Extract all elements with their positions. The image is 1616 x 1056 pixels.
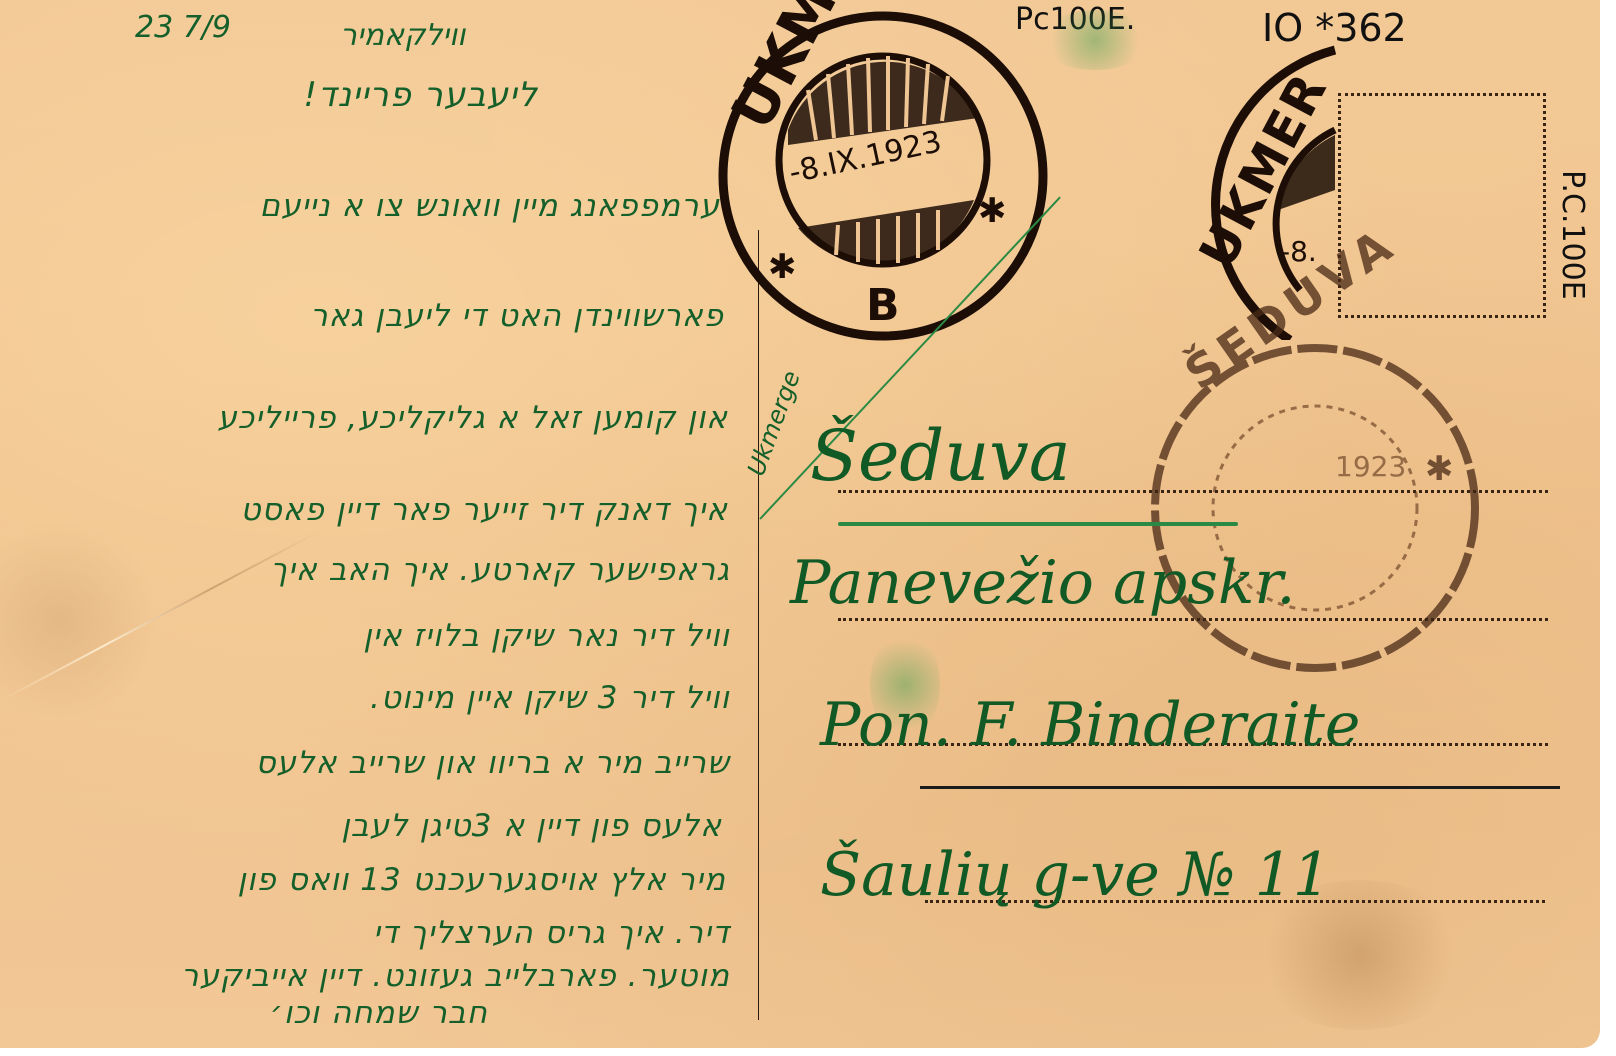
message-line: וויל דיר 3 שיקן איין מינוט. bbox=[370, 680, 730, 716]
message-place: ווילקאמיר bbox=[340, 18, 465, 53]
postmark-seduva: ✱ ŠEDUVA 1923 bbox=[1135, 330, 1495, 690]
postmark-date: 1923 bbox=[1335, 450, 1406, 483]
message-date: 23 7/9 bbox=[135, 10, 231, 45]
postmark-ukmerge: ✱ ✱ UKMERGE -8.IX.1923 B bbox=[698, 0, 1068, 360]
ink-smudge bbox=[1040, 10, 1150, 70]
address-line bbox=[838, 618, 1548, 621]
message-line: שרייב מיר א בריוו און שרייב אלעס bbox=[255, 745, 730, 781]
message-line: מוטער. פארבלייב געזונט. דיין אייביקער bbox=[181, 958, 730, 994]
address-district: Panevežio apskr. bbox=[790, 548, 1296, 618]
message-line: איך דאנק דיר זייער פאר דיין פאסט bbox=[241, 492, 728, 528]
town-underline bbox=[838, 522, 1238, 526]
message-line: מיר אלץ אויסגערעכנט 13 וואס פון bbox=[238, 862, 726, 898]
message-line: און קומען זאל א גליקליכע, פרייליכע bbox=[217, 400, 728, 436]
message-line: דיר. איך גריס הערצליך די bbox=[373, 915, 730, 951]
postmark-faint-rings-icon: ✱ bbox=[1135, 330, 1495, 690]
vertical-annotation: P.C.100E bbox=[1555, 170, 1590, 300]
sender-note: Ukmerge bbox=[742, 367, 806, 479]
postcard: 23 7/9 ווילקאמיר ליעבער פריינד! ערמפפאנג… bbox=[0, 0, 1600, 1048]
svg-text:✱: ✱ bbox=[768, 247, 797, 287]
message-line: פארשווינדן האט די ליעבן גאר bbox=[310, 298, 724, 334]
handwritten-message: 23 7/9 ווילקאמיר ליעבער פריינד! ערמפפאנג… bbox=[0, 0, 748, 1048]
address-recipient: Pon. F. Binderaite bbox=[820, 690, 1360, 760]
message-line: וויל דיר נאר שיקן בלויז אין bbox=[363, 618, 730, 654]
message-line: גראפישער קארטע. איך האב איך bbox=[270, 552, 730, 588]
svg-text:✱: ✱ bbox=[1425, 449, 1454, 489]
message-line: אלעס פון דיין א 3טיגן לעבן bbox=[341, 808, 722, 844]
address-street: Šaulių g-ve № 11 bbox=[820, 840, 1331, 910]
svg-text:✱: ✱ bbox=[978, 191, 1007, 231]
message-salutation: ליעבער פריינד! bbox=[303, 75, 538, 115]
message-line: ערמפפאנג מיין וואונש צו א נייעם bbox=[260, 188, 720, 224]
recipient-underline bbox=[920, 786, 1560, 789]
address-town: Šeduva bbox=[810, 415, 1071, 497]
postmark-letter: B bbox=[866, 280, 900, 331]
message-signature: חבר שמחה וכו׳ bbox=[270, 995, 488, 1031]
